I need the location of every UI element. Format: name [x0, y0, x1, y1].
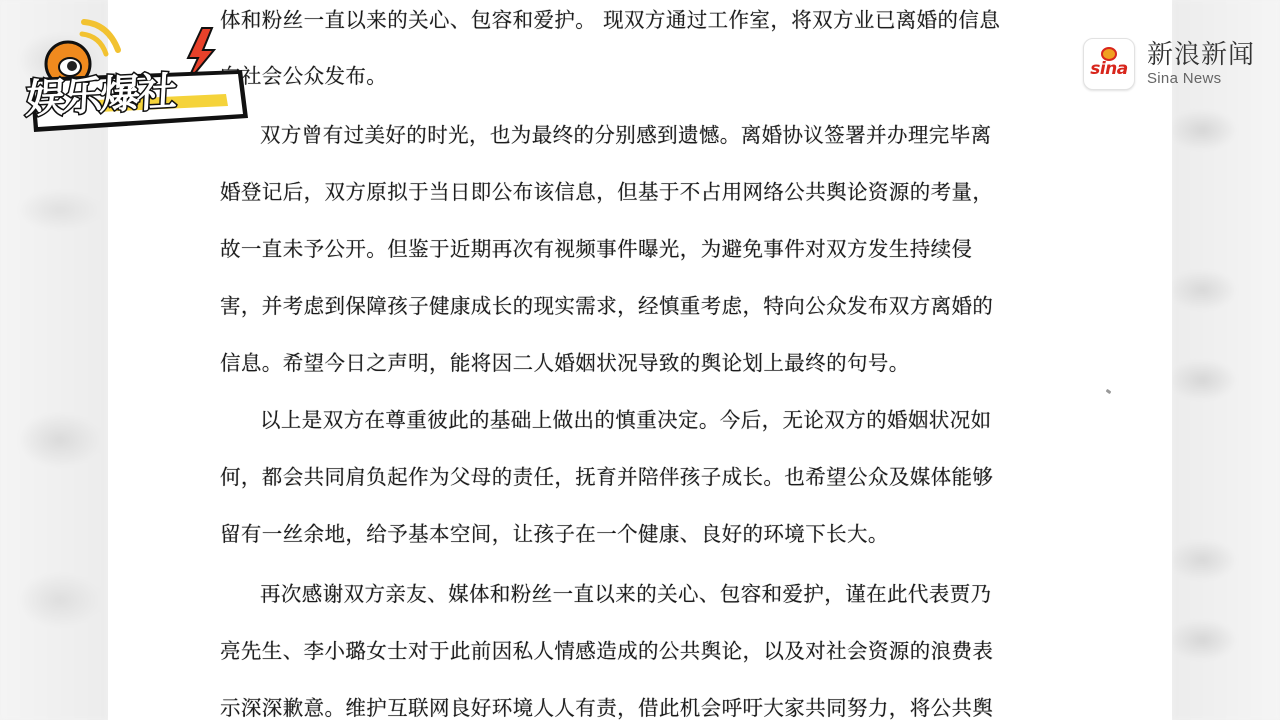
- text-line: 信息。希望今日之声明，能将因二人婚姻状况导致的舆论划上最终的句号。: [220, 349, 910, 377]
- text-line: 害，并考虑到保障孩子健康成长的现实需求，经慎重考虑，特向公众发布双方离婚的: [220, 292, 993, 320]
- text-line: 亮先生、李小璐女士对于此前因私人情感造成的公共舆论，以及对社会资源的浪费表: [220, 637, 993, 665]
- channel-logo-text: 娱乐爆社: [24, 56, 255, 138]
- text-line: 示深深歉意。维护互联网良好环境人人有责，借此机会呼吁大家共同努力，将公共舆: [220, 694, 993, 720]
- sina-eye-icon: sina: [1083, 38, 1135, 90]
- channel-logo: 娱乐爆社: [26, 14, 252, 138]
- brand-name-en: Sina News: [1147, 70, 1255, 88]
- text-line: 体和粉丝一直以来的关心、包容和爱护。 现双方通过工作室，将双方业已离婚的信息: [220, 6, 1000, 34]
- text-line: 以上是双方在尊重彼此的基础上做出的慎重决定。今后，无论双方的婚姻状况如: [260, 406, 992, 434]
- blurred-background-right: [1172, 0, 1280, 720]
- text-line: 留有一丝余地，给予基本空间，让孩子在一个健康、良好的环境下长大。: [220, 520, 889, 548]
- text-line: 再次感谢双方亲友、媒体和粉丝一直以来的关心、包容和爱护，谨在此代表贾乃: [260, 580, 992, 608]
- text-line: 何，都会共同肩负起作为父母的责任，抚育并陪伴孩子成长。也希望公众及媒体能够: [220, 463, 993, 491]
- text-line: 婚登记后，双方原拟于当日即公布该信息，但基于不占用网络公共舆论资源的考量，: [220, 178, 993, 206]
- text-line: 双方曾有过美好的时光，也为最终的分别感到遗憾。离婚协议签署并办理完毕离: [260, 121, 992, 149]
- document-page: 体和粉丝一直以来的关心、包容和爱护。 现双方通过工作室，将双方业已离婚的信息 向…: [108, 0, 1172, 720]
- sina-news-logo: sina 新浪新闻 Sina News: [1083, 38, 1255, 90]
- text-line: 故一直未予公开。但鉴于近期再次有视频事件曝光，为避免事件对双方发生持续侵: [220, 235, 972, 263]
- brand-name-cn: 新浪新闻: [1147, 40, 1255, 70]
